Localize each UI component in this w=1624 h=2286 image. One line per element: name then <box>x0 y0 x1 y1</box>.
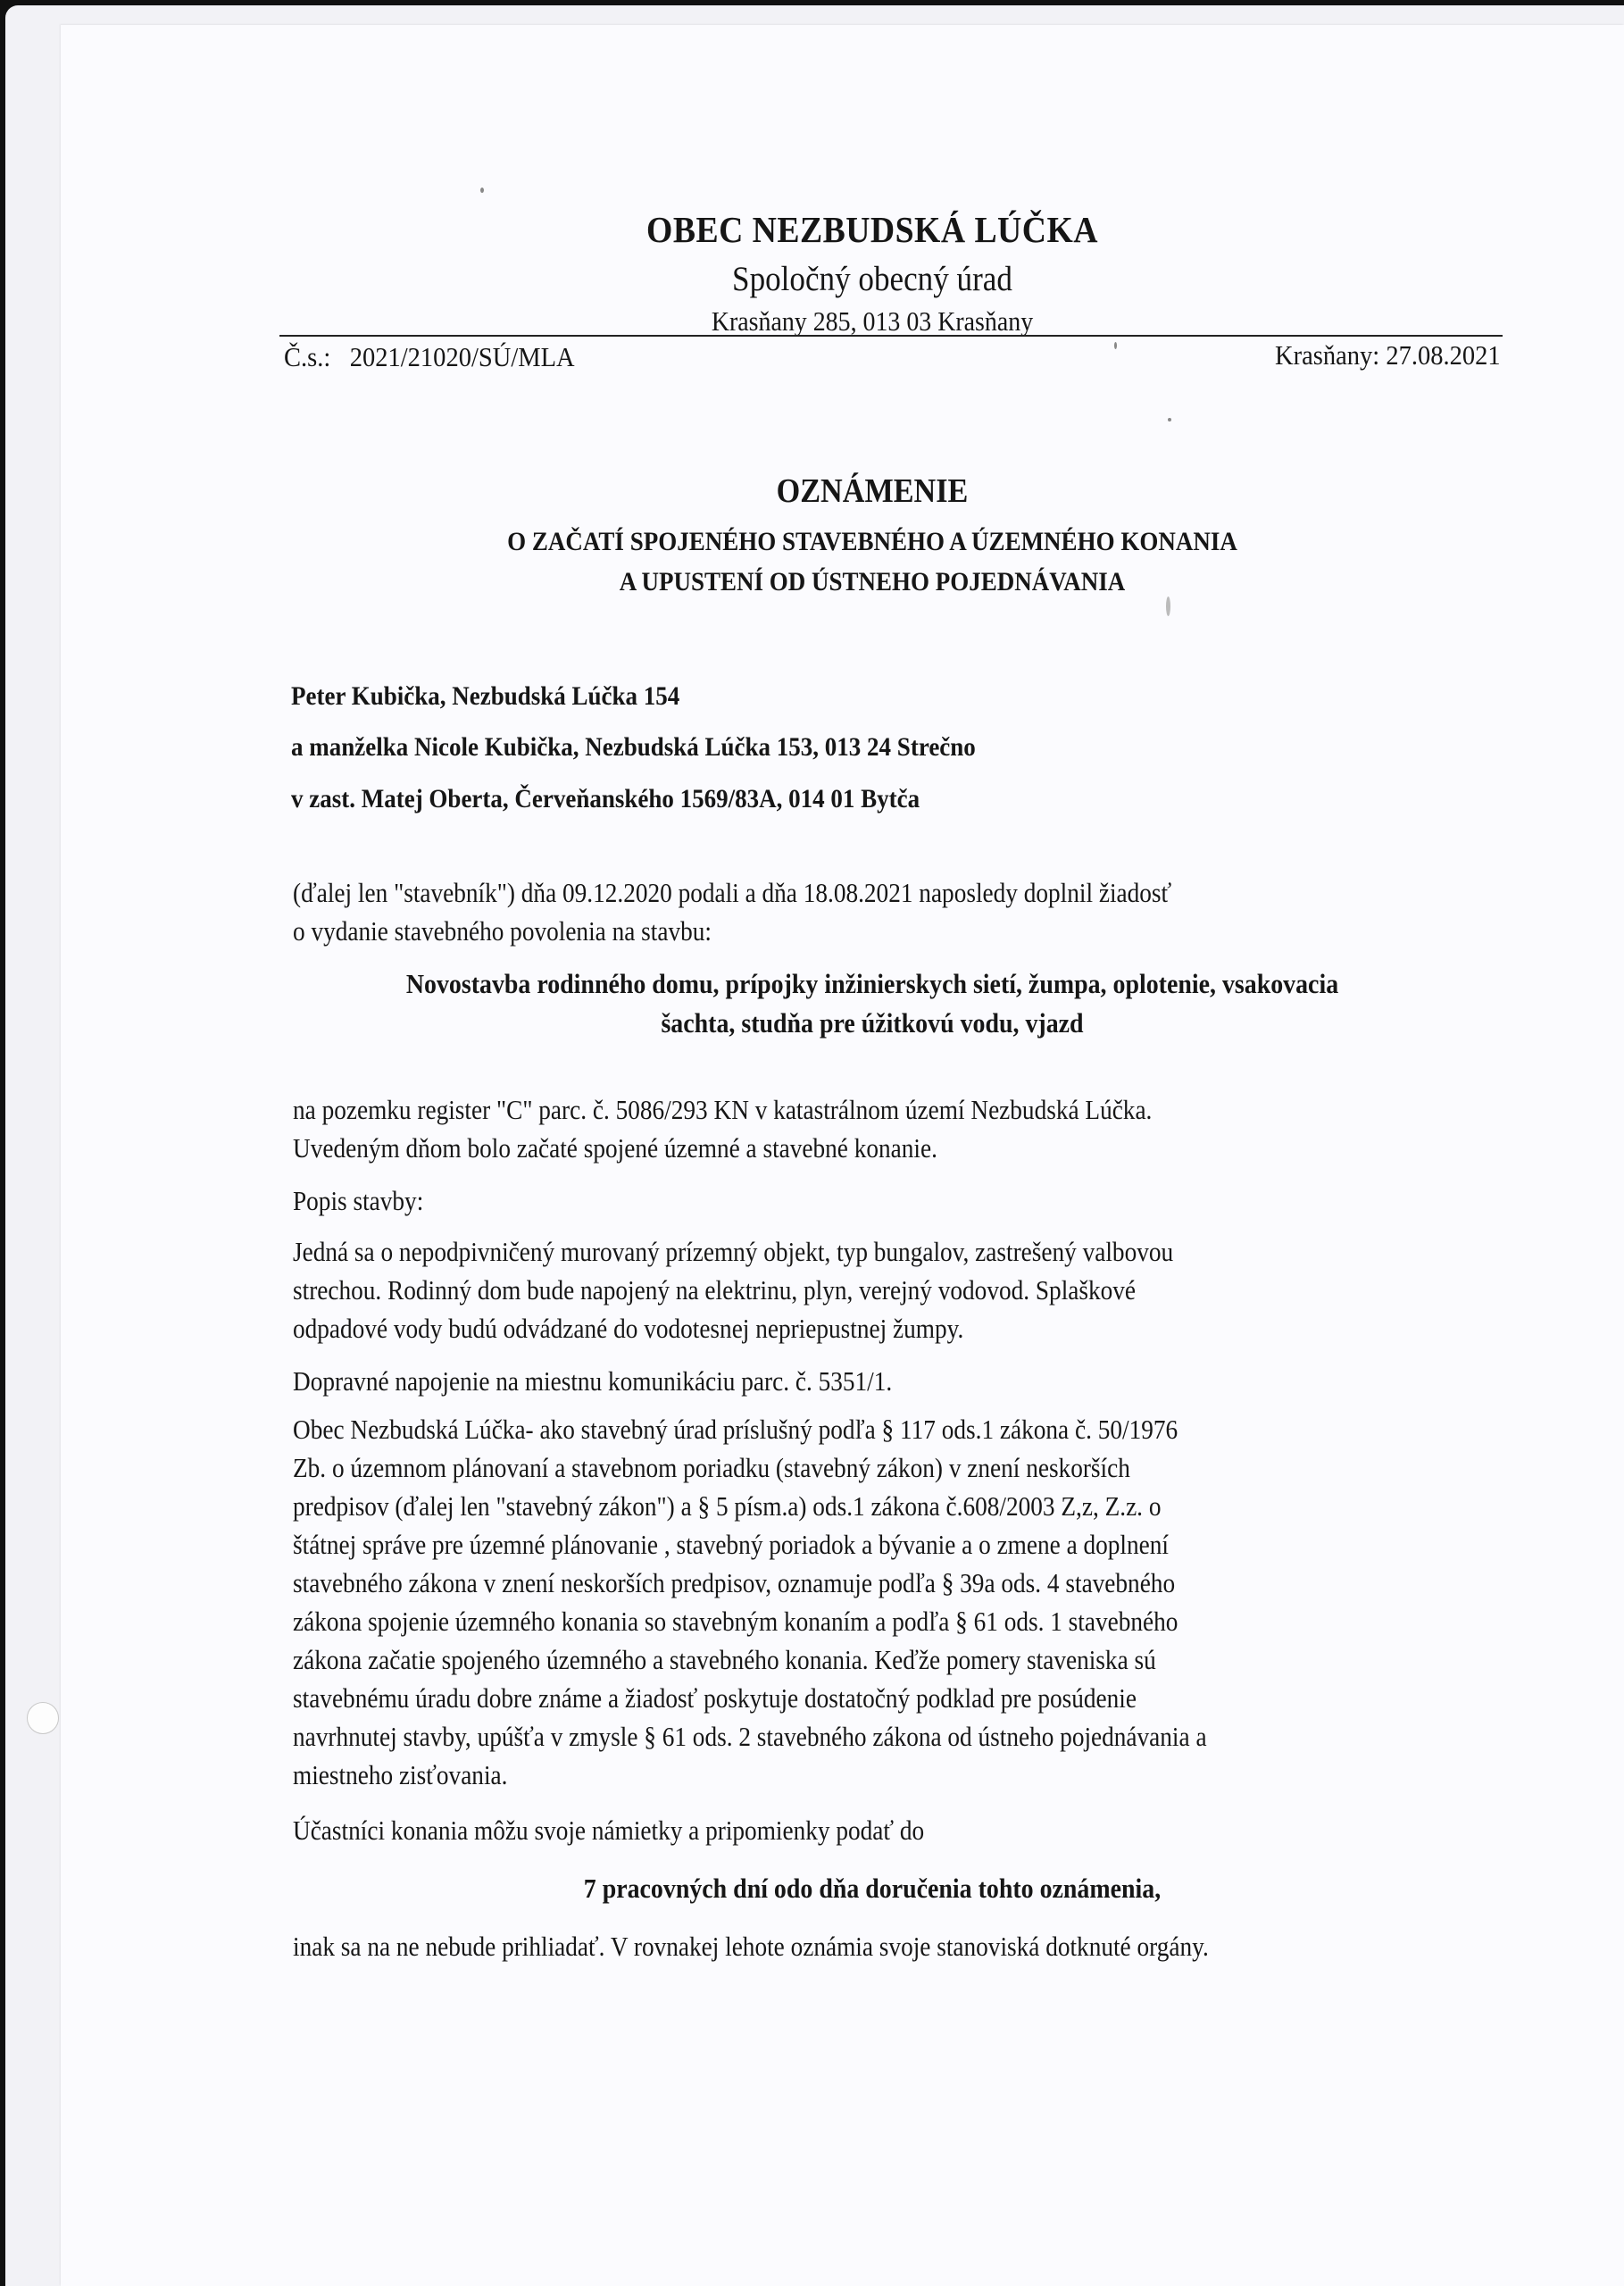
text-line: Uvedeným dňom bolo začaté spojené územné… <box>293 1129 1357 1167</box>
notice-subtitle-2: A UPUSTENÍ OD ÚSTNEHO POJEDNÁVANIA <box>303 567 1442 597</box>
reference-value: 2021/21020/SÚ/MLA <box>350 341 575 372</box>
text-line: stavebného zákona v znení neskorších pre… <box>293 1564 1357 1602</box>
notice-subtitle-1: O ZAČATÍ SPOJENÉHO STAVEBNÉHO A ÚZEMNÉHO… <box>303 527 1442 557</box>
scan-background: OBEC NEZBUDSKÁ LÚČKA Spoločný obecný úra… <box>5 5 1624 2286</box>
scan-speck <box>1168 418 1171 421</box>
place-date: Krasňany: 27.08.2021 <box>1275 339 1501 371</box>
scan-speck <box>480 188 484 193</box>
objections-intro: Účastníci konania môžu svoje námietky a … <box>293 1811 1503 1849</box>
text-line: (ďalej len "stavebník") dňa 09.12.2020 p… <box>293 873 1357 912</box>
parcel-paragraph: na pozemku register "C" parc. č. 5086/29… <box>293 1090 1503 1167</box>
objections-deadline: 7 pracovných dní odo dňa doručenia tohto… <box>303 1869 1442 1908</box>
text-line: stavebnému úradu dobre známe a žiadosť p… <box>293 1679 1357 1717</box>
description-heading: Popis stavby: <box>293 1181 1503 1220</box>
text-line: Jedná sa o nepodpivničený murovaný príze… <box>293 1232 1357 1271</box>
municipality-name: OBEC NEZBUDSKÁ LÚČKA <box>290 208 1455 251</box>
office-address: Krasňany 285, 013 03 Krasňany <box>303 305 1442 338</box>
text-line: strechou. Rodinný dom bude napojený na e… <box>293 1271 1357 1309</box>
application-paragraph: (ďalej len "stavebník") dňa 09.12.2020 p… <box>293 873 1503 950</box>
text-line: zákona začatie spojeného územného a stav… <box>293 1640 1357 1679</box>
office-name: Spoločný obecný úrad <box>303 259 1442 299</box>
construction-name-line-1: Novostavba rodinného domu, prípojky inži… <box>303 964 1442 1004</box>
text-line: o vydanie stavebného povolenia na stavbu… <box>293 912 1357 950</box>
text-line: na pozemku register "C" parc. č. 5086/29… <box>293 1090 1357 1129</box>
text-line: odpadové vody budú odvádzané do vodotesn… <box>293 1309 1357 1347</box>
party-representative: v zast. Matej Oberta, Červeňanského 1569… <box>291 784 920 814</box>
text-line: predpisov (ďalej len "stavebný zákon") a… <box>293 1487 1357 1525</box>
document-page: OBEC NEZBUDSKÁ LÚČKA Spoločný obecný úra… <box>61 25 1624 2286</box>
text-line: miestneho zisťovania. <box>293 1756 1357 1794</box>
description-paragraph: Jedná sa o nepodpivničený murovaný príze… <box>293 1232 1503 1347</box>
objections-outro: inak sa na ne nebude prihliadať. V rovna… <box>293 1927 1503 1965</box>
reference-label: Č.s.: <box>284 341 330 372</box>
text-line: Obec Nezbudská Lúčka- ako stavebný úrad … <box>293 1410 1357 1448</box>
text-line: štátnej správe pre územné plánovanie , s… <box>293 1525 1357 1564</box>
party-applicant: Peter Kubička, Nezbudská Lúčka 154 <box>291 681 679 712</box>
text-line: zákona spojenie územného konania so stav… <box>293 1602 1357 1640</box>
notice-title: OZNÁMENIE <box>303 471 1442 511</box>
legal-paragraph: Obec Nezbudská Lúčka- ako stavebný úrad … <box>293 1410 1503 1794</box>
scan-speck <box>1114 342 1117 349</box>
text-line: navrhnutej stavby, upúšťa v zmysle § 61 … <box>293 1717 1357 1756</box>
punch-hole <box>27 1702 59 1734</box>
construction-name-line-2: šachta, studňa pre úžitkovú vodu, vjazd <box>303 1004 1442 1043</box>
party-spouse: a manželka Nicole Kubička, Nezbudská Lúč… <box>291 732 976 763</box>
letterhead-divider <box>279 335 1503 337</box>
reference-number: Č.s.: 2021/21020/SÚ/MLA <box>284 341 575 373</box>
text-line: Zb. o územnom plánovaní a stavebnom pori… <box>293 1448 1357 1487</box>
construction-name: Novostavba rodinného domu, prípojky inži… <box>303 964 1442 1043</box>
access-paragraph: Dopravné napojenie na miestnu komunikáci… <box>293 1362 1503 1400</box>
scan-speck <box>1166 597 1170 616</box>
